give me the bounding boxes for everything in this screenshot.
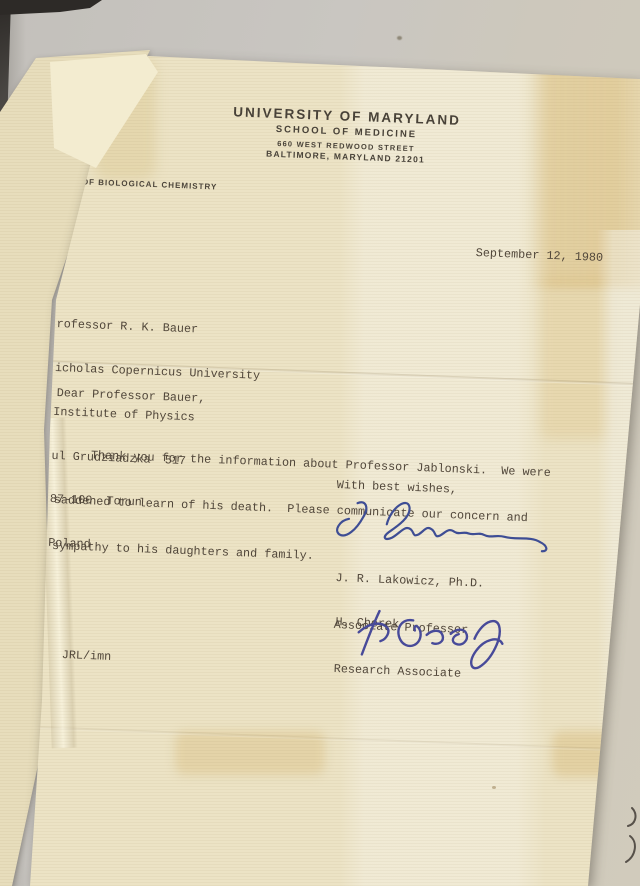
letter-wrap: UNIVERSITY OF MARYLAND SCHOOL OF MEDICIN…	[0, 0, 640, 886]
fold-crease-lower	[40, 726, 640, 752]
stain-right-band-mid	[540, 280, 610, 440]
address-line: rofessor R. K. Bauer	[56, 317, 262, 339]
address-line: icholas Copernicus University	[55, 361, 261, 383]
paper-speck	[492, 786, 496, 789]
date-line: September 12, 1980	[475, 246, 603, 266]
stain-patch-center	[175, 731, 325, 775]
margin-scribble-marks	[616, 804, 640, 870]
cherek-signature	[349, 598, 520, 676]
letter-sheet: UNIVERSITY OF MARYLAND SCHOOL OF MEDICIN…	[0, 0, 640, 886]
stain-top-left	[94, 58, 156, 180]
stain-patch-right	[552, 731, 640, 777]
reference-initials: JRL/imn	[61, 648, 111, 665]
letterhead: UNIVERSITY OF MARYLAND SCHOOL OF MEDICIN…	[173, 102, 520, 169]
body-line: Thank you for the information about Prof…	[55, 447, 551, 481]
stain-right-light-column	[597, 230, 640, 886]
photo-scene: UNIVERSITY OF MARYLAND SCHOOL OF MEDICIN…	[0, 0, 640, 886]
letterhead-department-partial: T OF BIOLOGICAL CHEMISTRY	[73, 177, 218, 192]
